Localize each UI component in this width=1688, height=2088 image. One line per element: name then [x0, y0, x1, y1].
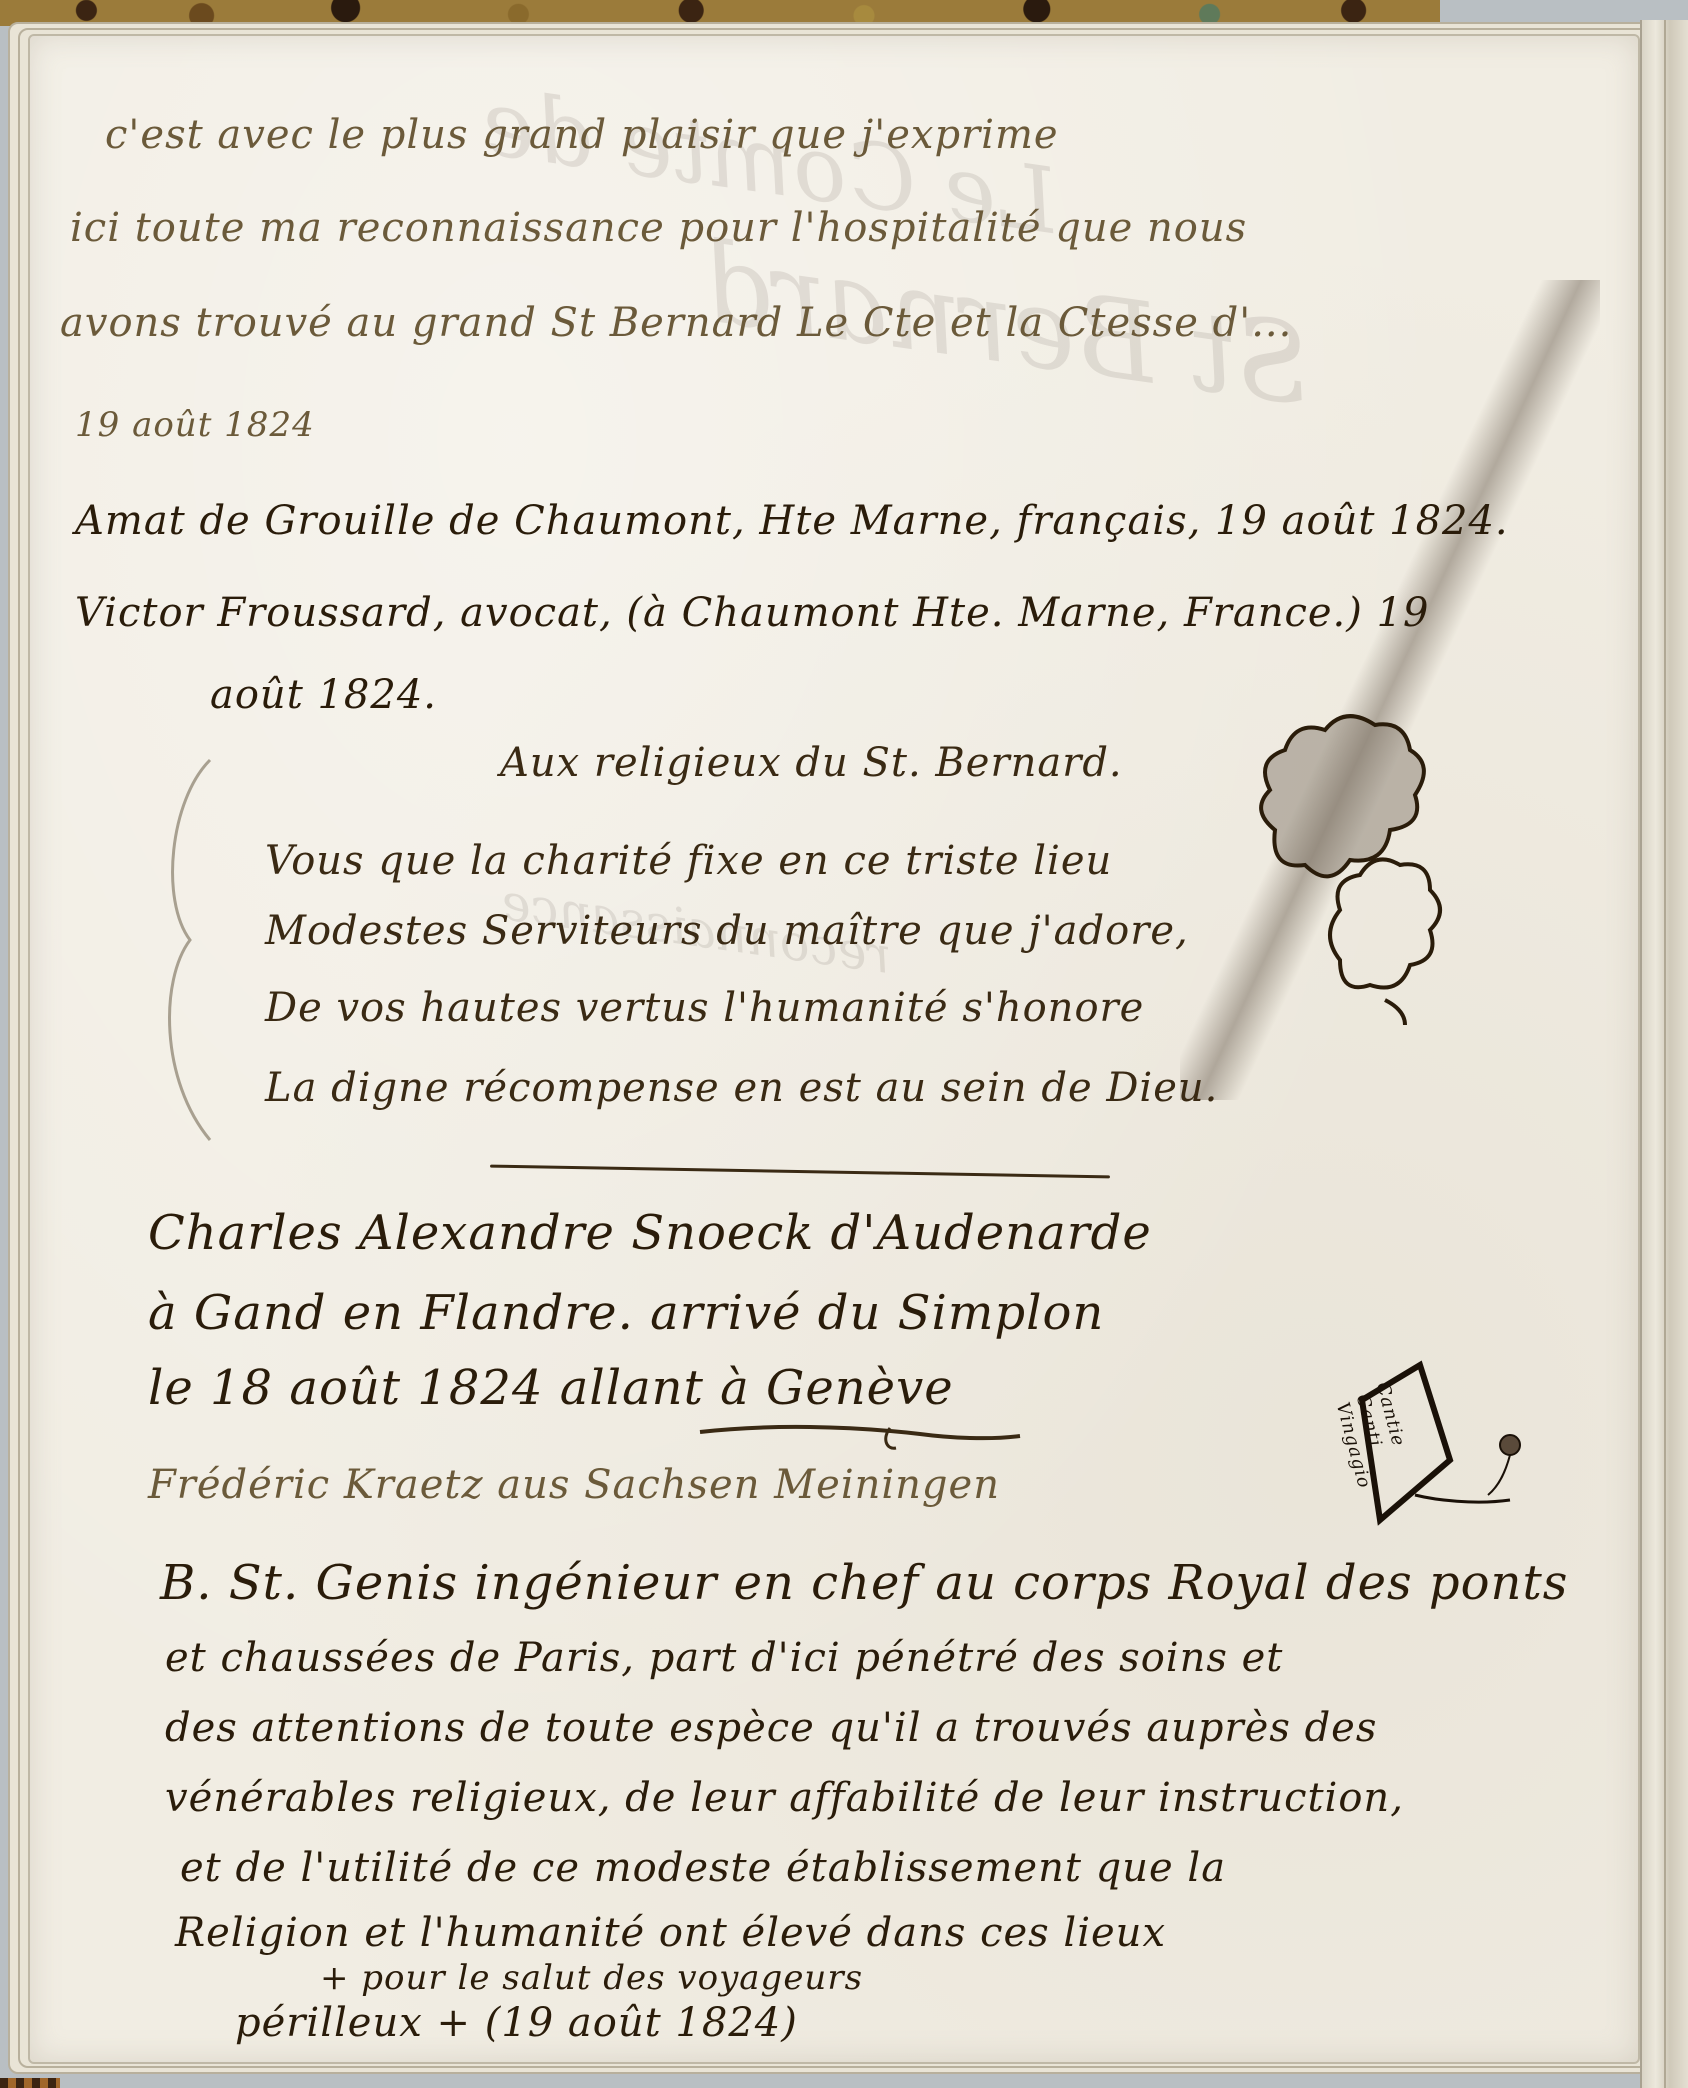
entry-4-line-3: le 18 août 1824 allant à Genève: [148, 1360, 954, 1416]
entry-6-line-1: B. St. Genis ingénieur en chef au corps …: [160, 1555, 1568, 1611]
entry-3-line-1: Victor Froussard, avocat, (à Chaumont Ht…: [75, 590, 1429, 636]
entry-1-line-2: ici toute ma reconnaissance pour l'hospi…: [70, 205, 1247, 251]
flourish-underline: [690, 1410, 1030, 1470]
entry-6-insertion: + pour le salut des voyageurs: [320, 1958, 863, 1998]
entry-5-line-1: Frédéric Kraetz aus Sachsen Meiningen: [148, 1462, 1000, 1508]
entry-6-line-3: des attentions de toute espèce qu'il a t…: [165, 1705, 1377, 1751]
poem-bracket-outline: [150, 740, 1250, 1160]
entry-1-line-3: avons trouvé au grand St Bernard Le Cte …: [60, 300, 1292, 346]
marbled-cover-bottom: [0, 2078, 60, 2088]
entry-2-line-1: Amat de Grouille de Chaumont, Hte Marne,…: [75, 498, 1509, 544]
entry-1-date: 19 août 1824: [75, 405, 315, 445]
entry-4-line-2: à Gand en Flandre. arrivé du Simplon: [148, 1285, 1104, 1341]
gutter-fold-line: [1664, 20, 1666, 2088]
entry-6-line-5: et de l'utilité de ce modeste établissem…: [180, 1845, 1226, 1891]
entry-6-line-4: vénérables religieux, de leur affabilité…: [165, 1775, 1404, 1821]
cloud-sketch-icon: [1230, 700, 1490, 1050]
entry-6-line-6: Religion et l'humanité ont élevé dans ce…: [175, 1910, 1166, 1956]
entry-6-line-7: périlleux + (19 août 1824): [235, 2000, 798, 2046]
entry-4-line-1: Charles Alexandre Snoeck d'Audenarde: [148, 1205, 1152, 1261]
entry-1-line-1: c'est avec le plus grand plaisir que j'e…: [105, 112, 1059, 158]
entry-6-line-2: et chaussées de Paris, part d'ici pénétr…: [165, 1635, 1283, 1681]
entry-3-line-2: août 1824.: [210, 672, 437, 718]
